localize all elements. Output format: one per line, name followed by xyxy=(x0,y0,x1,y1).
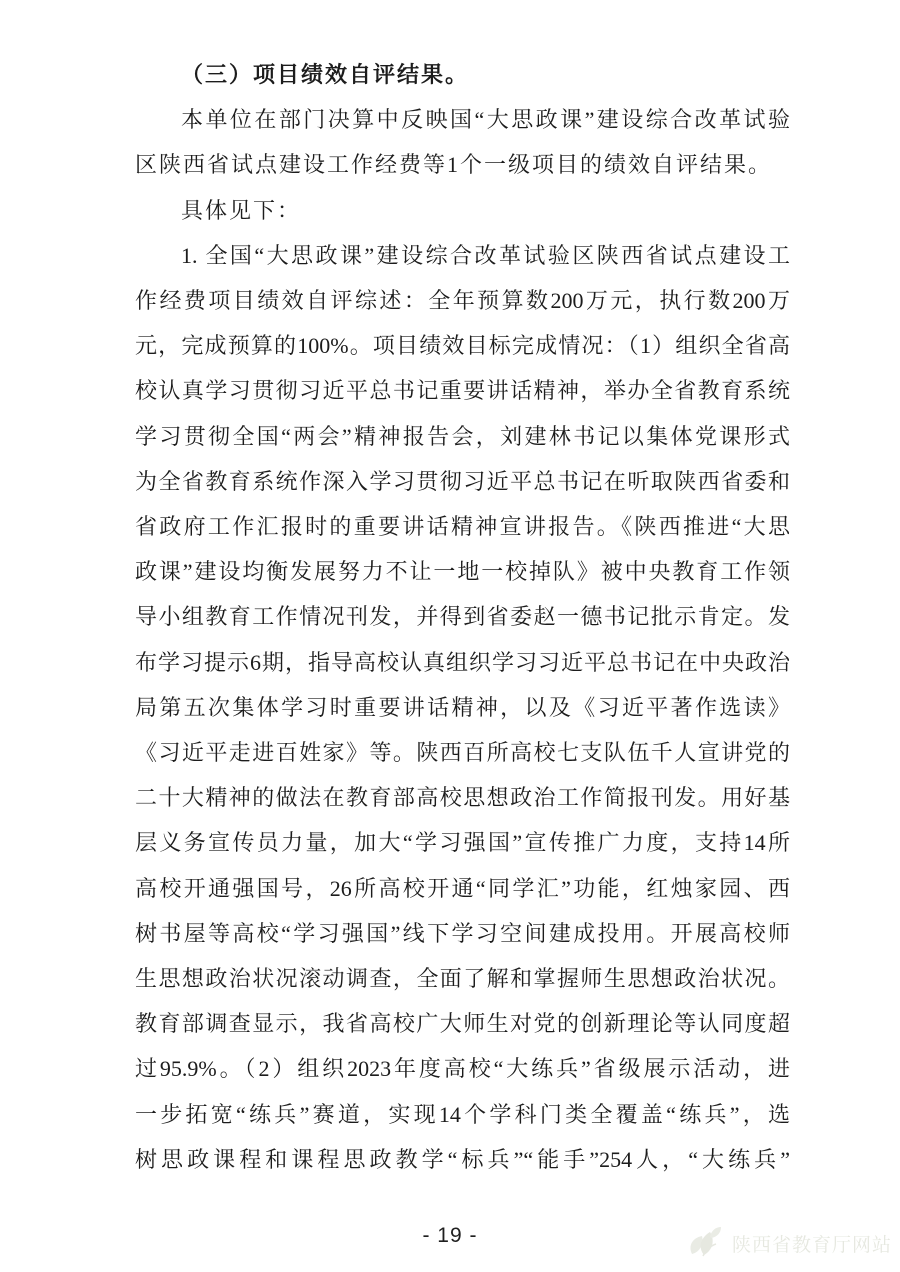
text-line: 导小组教育工作情况刊发，并得到省委赵一德书记批示肯定。发 xyxy=(135,594,790,639)
text-line: 教育部调查显示，我省高校广大师生对党的创新理论等认同度超 xyxy=(135,1001,790,1046)
document-body: （三）项目绩效自评结果。本单位在部门决算中反映国“大思政课”建设综合改革试验区陕… xyxy=(135,52,790,1182)
text-line: 省政府工作汇报时的重要讲话精神宣讲报告。《陕西推进“大思 xyxy=(135,504,790,549)
page-footer: - 19 - xyxy=(0,1224,900,1248)
text-line: 树书屋等高校“学习强国”线下学习空间建成投用。开展高校师 xyxy=(135,911,790,956)
text-line: 作经费项目绩效自评综述：全年预算数200万元，执行数200万 xyxy=(135,278,790,323)
text-line: 二十大精神的做法在教育部高校思想政治工作简报刊发。用好基 xyxy=(135,775,790,820)
text-line: 生思想政治状况滚动调查，全面了解和掌握师生思想政治状况。 xyxy=(135,956,790,1001)
text-line: 元，完成预算的100%。项目绩效目标完成情况：（1）组织全省高 xyxy=(135,323,790,368)
text-line: 学习贯彻全国“两会”精神报告会，刘建林书记以集体党课形式 xyxy=(135,414,790,459)
section-heading: （三）项目绩效自评结果。 xyxy=(135,52,790,97)
text-line: 区陕西省试点建设工作经费等1个一级项目的绩效自评结果。 xyxy=(135,142,790,187)
page-number: - 19 - xyxy=(422,1224,477,1247)
text-line: 布学习提示6期，指导高校认真组织学习习近平总书记在中央政治 xyxy=(135,640,790,685)
text-line: 一步拓宽“练兵”赛道，实现14个学科门类全覆盖“练兵”，选 xyxy=(135,1092,790,1137)
text-line: 本单位在部门决算中反映国“大思政课”建设综合改革试验 xyxy=(135,97,790,142)
text-line: 具体见下： xyxy=(135,188,790,233)
text-line: 1. 全国“大思政课”建设综合改革试验区陕西省试点建设工 xyxy=(135,233,790,278)
text-line: 局第五次集体学习时重要讲话精神，以及《习近平著作选读》 xyxy=(135,685,790,730)
text-line: 为全省教育系统作深入学习贯彻习近平总书记在听取陕西省委和 xyxy=(135,459,790,504)
text-line: 校认真学习贯彻习近平总书记重要讲话精神，举办全省教育系统 xyxy=(135,368,790,413)
text-line: 过95.9%。（2）组织2023年度高校“大练兵”省级展示活动，进 xyxy=(135,1046,790,1091)
text-line: 树思政课程和课程思政教学“标兵”“能手”254人，“大练兵” xyxy=(135,1137,790,1182)
text-line: 层义务宣传员力量，加大“学习强国”宣传推广力度，支持14所 xyxy=(135,820,790,865)
text-line: 政课”建设均衡发展努力不让一地一校掉队》被中央教育工作领 xyxy=(135,549,790,594)
text-line: 《习近平走进百姓家》等。陕西百所高校七支队伍千人宣讲党的 xyxy=(135,730,790,775)
text-line: 高校开通强国号，26所高校开通“同学汇”功能，红烛家园、西 xyxy=(135,866,790,911)
document-page: （三）项目绩效自评结果。本单位在部门决算中反映国“大思政课”建设综合改革试验区陕… xyxy=(0,0,900,1272)
